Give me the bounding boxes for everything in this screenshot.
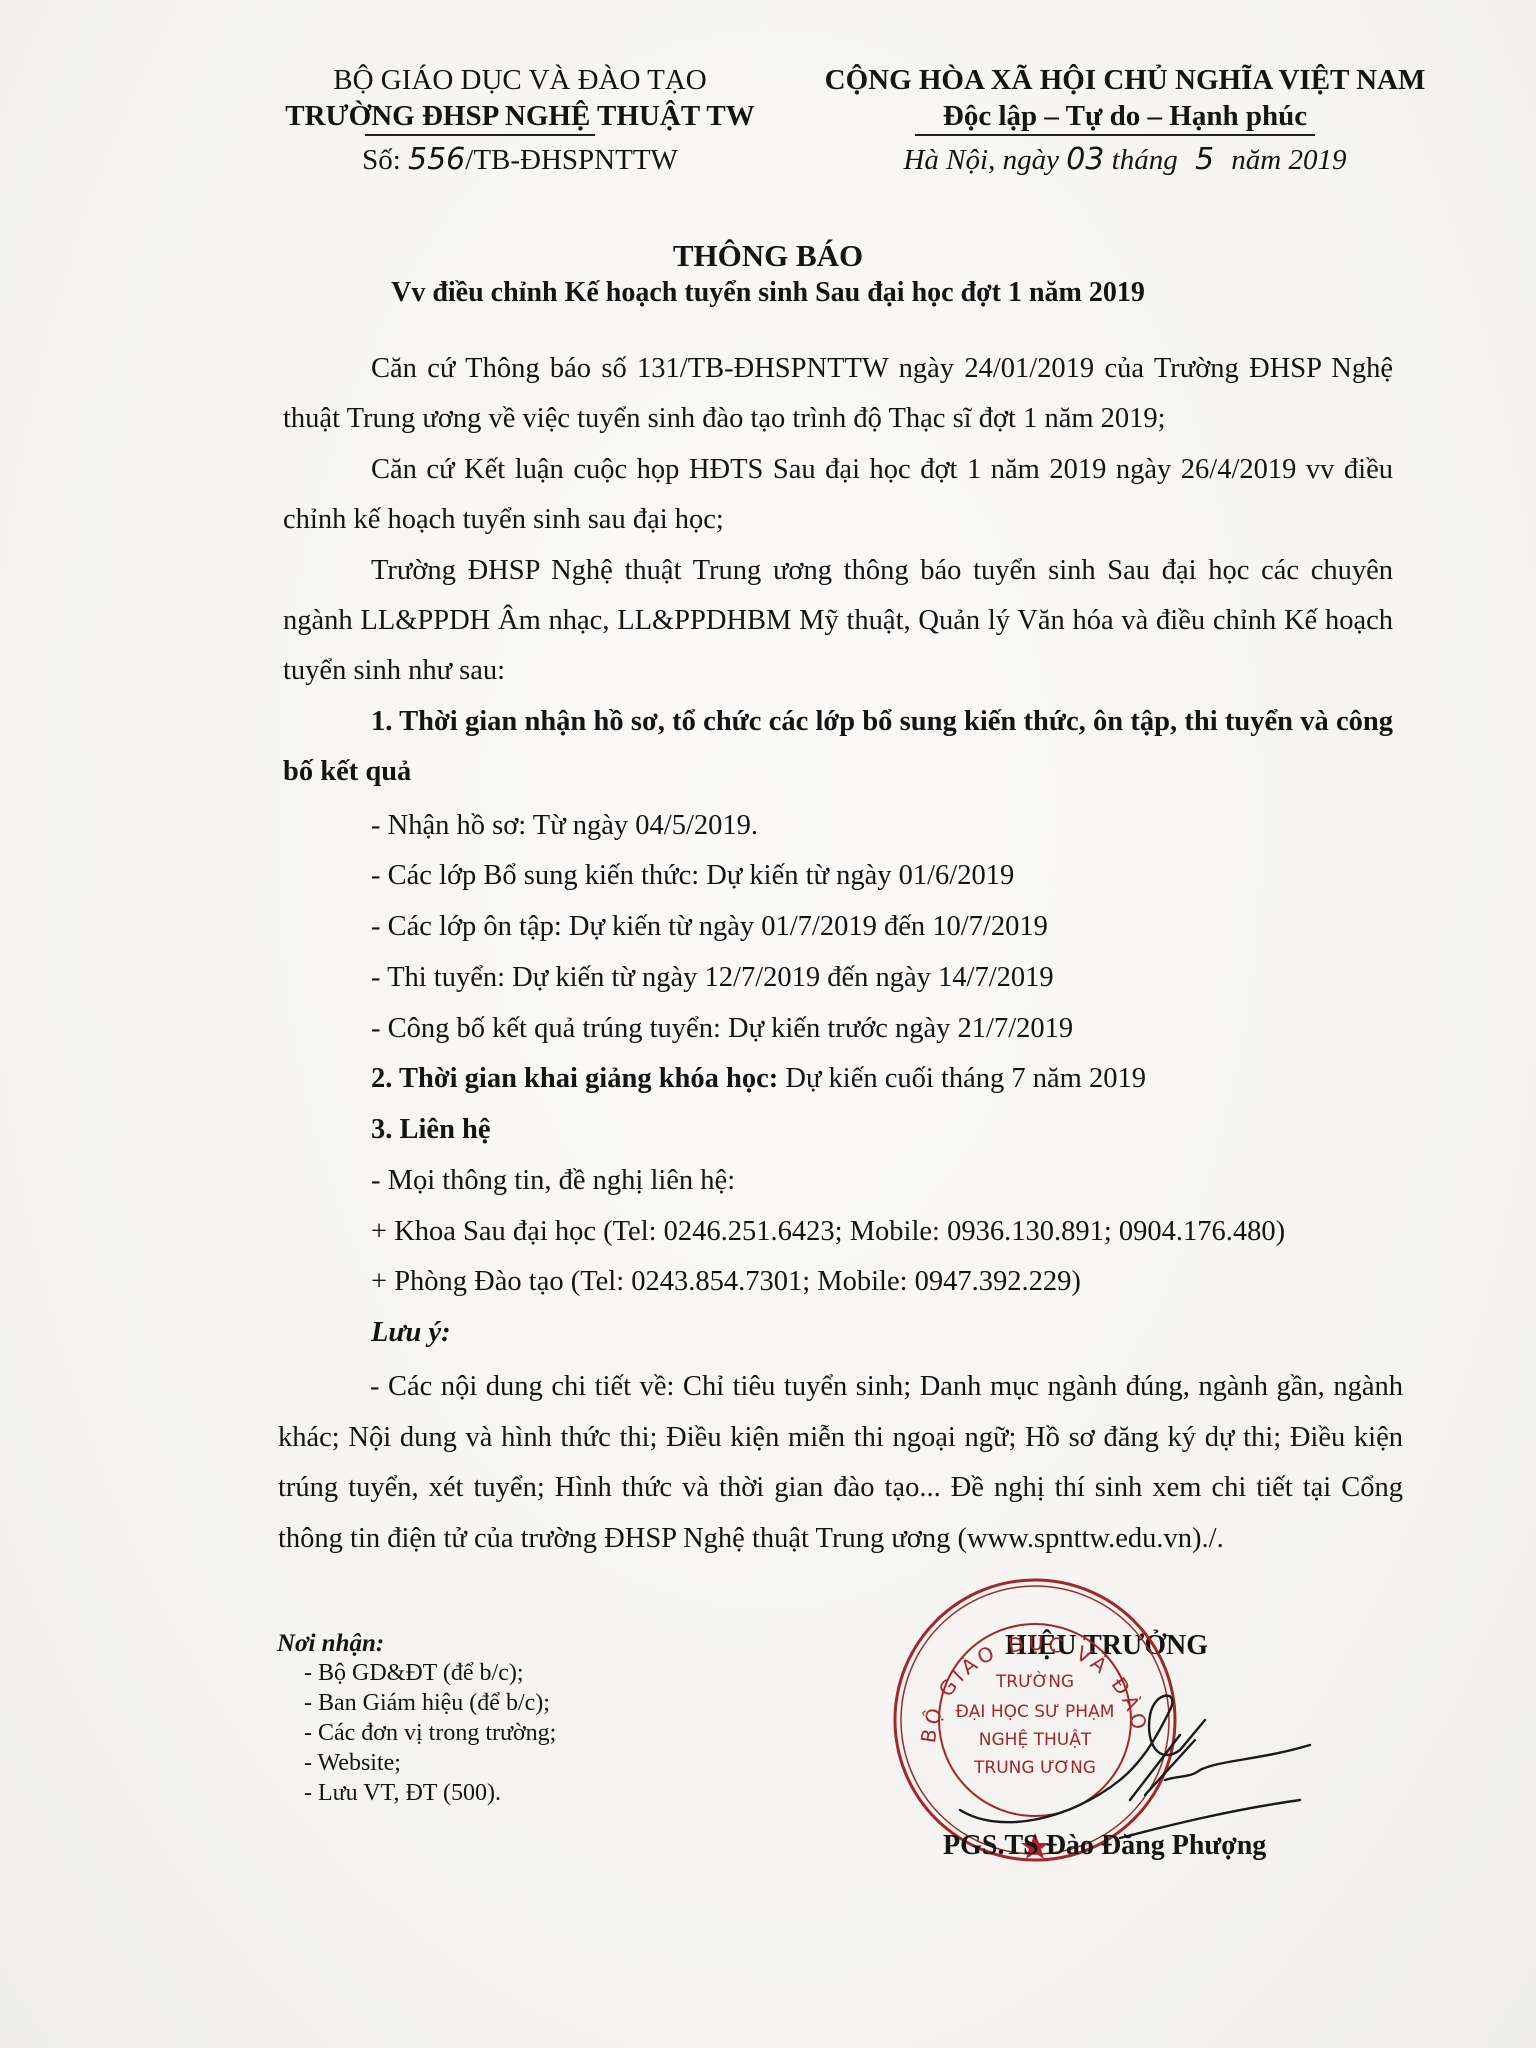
section-1-heading: 1. Thời gian nhận hồ sơ, tổ chức các lớp…: [283, 697, 1393, 797]
document-subtitle: Vv điều chỉnh Kế hoạch tuyển sinh Sau đạ…: [0, 277, 1536, 309]
list-item: - Mọi thông tin, đề nghị liên hệ:: [371, 1165, 735, 1197]
header-right: CỘNG HÒA XÃ HỘI CHỦ NGHĨA VIỆT NAM Độc l…: [800, 62, 1450, 178]
handwritten-day: 03: [1066, 142, 1104, 177]
list-item: - Nhận hồ sơ: Từ ngày 04/5/2019.: [371, 810, 758, 842]
motto-underline: [915, 134, 1315, 136]
recipient-item: - Lưu VT, ĐT (500).: [304, 1778, 556, 1808]
note-heading: Lưu ý:: [371, 1317, 451, 1349]
list-item: - Các lớp Bổ sung kiến thức: Dự kiến từ …: [371, 860, 1014, 892]
list-item: - Thi tuyển: Dự kiến từ ngày 12/7/2019 đ…: [371, 962, 1054, 994]
recipient-item: - Các đơn vị trong trường;: [304, 1718, 556, 1748]
signer-name: PGS.TS Đào Đăng Phượng: [943, 1830, 1266, 1862]
recipient-item: - Ban Giám hiệu (để b/c);: [304, 1688, 556, 1718]
paragraph-basis-2: Căn cứ Kết luận cuộc họp HĐTS Sau đại họ…: [283, 445, 1393, 545]
section-2-heading: 2. Thời gian khai giảng khóa học:: [371, 1063, 778, 1094]
document-date: Hà Nội, ngày 03 tháng 5 năm 2019: [800, 142, 1450, 178]
note-text: - Các nội dung chi tiết về: Chỉ tiêu tuy…: [278, 1362, 1403, 1564]
signature-scribble: [930, 1660, 1330, 1840]
recipients-heading: Nơi nhận:: [277, 1630, 556, 1658]
document-title: THÔNG BÁO: [0, 238, 1536, 274]
contact-training-office: + Phòng Đào tạo (Tel: 0243.854.7301; Mob…: [371, 1266, 1081, 1298]
ministry-name: BỘ GIÁO DỤC VÀ ĐÀO TẠO: [240, 62, 800, 98]
section-3-heading: 3. Liên hệ: [371, 1114, 491, 1146]
document-number: Số: 556/TB-ĐHSPNTTW: [240, 142, 800, 178]
contact-postgrad: + Khoa Sau đại học (Tel: 0246.251.6423; …: [371, 1216, 1285, 1248]
list-item: - Công bố kết quả trúng tuyển: Dự kiến t…: [371, 1013, 1073, 1045]
handwritten-number: 556: [408, 142, 465, 177]
list-item: - Các lớp ôn tập: Dự kiến từ ngày 01/7/2…: [371, 911, 1048, 943]
motto: Độc lập – Tự do – Hạnh phúc: [800, 98, 1450, 134]
handwritten-month: 5: [1185, 142, 1224, 177]
school-underline: [365, 134, 595, 136]
recipients: Nơi nhận: - Bộ GD&ĐT (để b/c); - Ban Giá…: [277, 1630, 556, 1808]
header-left: BỘ GIÁO DỤC VÀ ĐÀO TẠO TRƯỜNG ĐHSP NGHỆ …: [240, 62, 800, 178]
recipient-item: - Website;: [304, 1748, 556, 1778]
country-name: CỘNG HÒA XÃ HỘI CHỦ NGHĨA VIỆT NAM: [800, 62, 1450, 98]
paragraph-announcement: Trường ĐHSP Nghệ thuật Trung ương thông …: [283, 546, 1393, 696]
paragraph-basis-1: Căn cứ Thông báo số 131/TB-ĐHSPNTTW ngày…: [283, 344, 1393, 444]
recipient-item: - Bộ GD&ĐT (để b/c);: [304, 1658, 556, 1688]
section-2: 2. Thời gian khai giảng khóa học: Dự kiế…: [371, 1063, 1146, 1095]
school-name: TRƯỜNG ĐHSP NGHỆ THUẬT TW: [240, 98, 800, 134]
